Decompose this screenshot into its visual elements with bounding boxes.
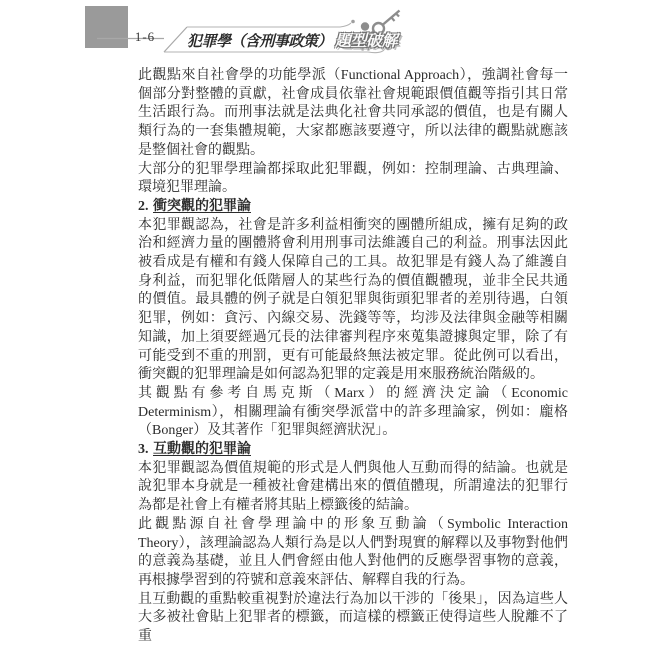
body-paragraph: 其觀點有參考自馬克斯（Marx）的經濟決定論（Economic Determin… [138,385,568,441]
body-paragraph: 此觀點源自社會學理論中的形象互動論（Symbolic Interaction T… [138,516,568,591]
book-title-main: 犯罪學（含刑事政策） [187,34,332,50]
body-paragraph: 大部分的犯罪學理論都採取此犯罪觀，例如：控制理論、古典理論、環境犯罪理論。 [138,161,568,198]
body-paragraph: 本犯罪觀認為，社會是許多利益相衝突的團體所組成，擁有足夠的政治和經濟力量的團體將… [138,217,568,385]
section-heading-text: 衝突觀的犯罪論 [153,199,251,214]
body-paragraph: 此觀點來自社會學的功能學派（Functional Approach），強調社會每… [138,67,568,161]
section-number: 3. [138,441,153,460]
body-paragraph: 本犯罪觀認為價值規範的形式是人們與他人互動而得的結論。也就是說犯罪本身就是一種被… [138,460,568,516]
line-end-dot-top [351,20,355,24]
page-number: 1-6 [128,29,162,45]
book-title-styled: 題型破解 [335,33,397,50]
section-heading: 3.互動觀的犯罪論 [138,441,568,460]
section-number: 2. [138,198,153,217]
book-title: 犯罪學（含刑事政策）題型破解 [187,28,397,51]
body-paragraph: 且互動觀的重點較重視對於違法行為加以干涉的「後果」，因為這些人大多被社會貼上犯罪… [138,591,568,647]
page-content: 此觀點來自社會學的功能學派（Functional Approach），強調社會每… [138,67,568,647]
book-page: 1-6 犯罪學（含刑事政策）題型破解 此觀點來自社會學的功能學派（Functio… [0,0,665,665]
tab-slash-line [164,27,187,52]
grey-corner-block [85,6,128,48]
section-heading-text: 互動觀的犯罪論 [153,442,251,457]
section-heading: 2.衝突觀的犯罪論 [138,198,568,217]
tab-top-line [187,23,351,27]
